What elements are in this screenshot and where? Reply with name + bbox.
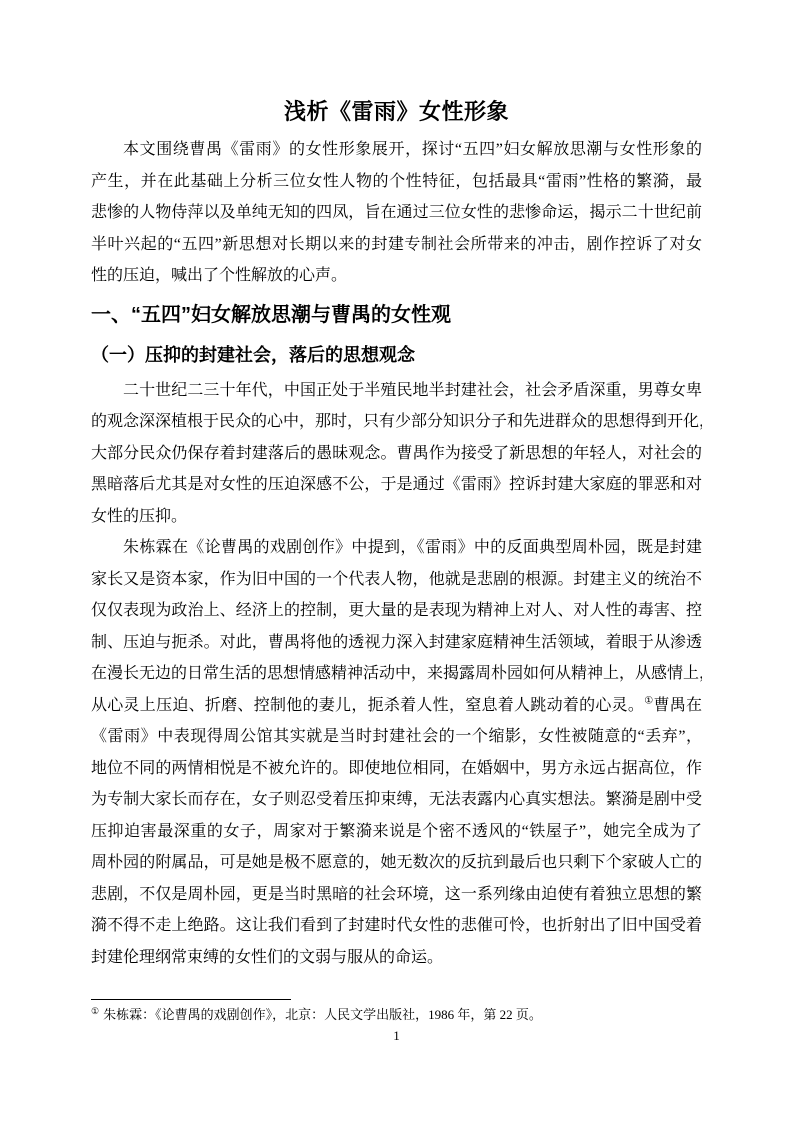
footnote-separator <box>91 999 291 1000</box>
body-line: 为专制大家长而存在，女子则忍受着压抑束缚，无法表露内心真实想法。繁漪是剧中受 <box>91 784 702 816</box>
body-line: 的观念深深植根于民众的心中，那时，只有少部分知识分子和先进群众的思想得到开化， <box>91 406 702 438</box>
footnote: ①朱栋霖：《论曹禺的戏剧创作》，北京：人民文学出版社，1986 年，第 22 页… <box>91 1006 702 1023</box>
section-heading: 一、“五四”妇女解放思潮与曹禺的女性观 <box>91 296 702 334</box>
footnote-area: ①朱栋霖：《论曹禺的戏剧创作》，北京：人民文学出版社，1986 年，第 22 页… <box>91 999 702 1044</box>
body-line: 女性的压抑。 <box>91 501 702 533</box>
body-line: 制、压迫与扼杀。对此，曹禺将他的透视力深入封建家庭精神生活领域，着眼于从渗透 <box>91 627 702 659</box>
body-line: 压抑迫害最深重的女子，周家对于繁漪来说是个密不透风的“铁屋子”，她完全成为了 <box>91 816 702 848</box>
footnote-marker: ① <box>91 1006 99 1016</box>
body-line: 封建伦理纲常束缚的女性们的文弱与服从的命运。 <box>91 942 702 974</box>
paragraph-zhu-donglin: 朱栋霖在《论曹禺的戏剧创作》中提到，《雷雨》中的反面典型周朴园，既是封建 家长又… <box>91 532 702 973</box>
body-line: 在漫长无边的日常生活的思想情感精神活动中，来揭露周朴园如何从精神上，从感情上， <box>91 658 702 690</box>
document-page: 浅析《雷雨》女性形象 本文围绕曹禺《雷雨》的女性形象展开，探讨“五四”妇女解放思… <box>0 0 793 1122</box>
body-line: 大部分民众仍保存着封建落后的愚昧观念。曹禺作为接受了新思想的年轻人，对社会的 <box>91 438 702 470</box>
body-line: 地位不同的两情相悦是不被允许的。即使地位相同，在婚姻中，男方永远占据高位，作 <box>91 753 702 785</box>
body-line: 《雷雨》中表现得周公馆其实就是当时封建社会的一个缩影，女性被随意的“丢弃”， <box>91 721 702 753</box>
abstract-line: 产生，并在此基础上分析三位女性人物的个性特征，包括最具“雷雨”性格的繁漪，最 <box>91 166 702 198</box>
body-line: 漪不得不走上绝路。这让我们看到了封建时代女性的悲催可怜，也折射出了旧中国受着 <box>91 910 702 942</box>
subsection-heading: （一）压抑的封建社会，落后的思想观念 <box>91 337 702 373</box>
footnote-text: 朱栋霖：《论曹禺的戏剧创作》，北京：人民文学出版社，1986 年，第 22 页。 <box>103 1007 542 1022</box>
document-content: 浅析《雷雨》女性形象 本文围绕曹禺《雷雨》的女性形象展开，探讨“五四”妇女解放思… <box>91 0 702 973</box>
abstract-paragraph: 本文围绕曹禺《雷雨》的女性形象展开，探讨“五四”妇女解放思潮与女性形象的 产生，… <box>91 134 702 292</box>
body-line: 悲剧，不仅是周朴园，更是当时黑暗的社会环境，这一系列缘由迫使有着独立思想的繁 <box>91 879 702 911</box>
abstract-line: 悲惨的人物侍萍以及单纯无知的四凤，旨在通过三位女性的悲惨命运，揭示二十世纪前 <box>91 197 702 229</box>
abstract-line: 性的压迫，喊出了个性解放的心声。 <box>91 260 702 292</box>
body-line: 二十世纪二三十年代，中国正处于半殖民地半封建社会，社会矛盾深重，男尊女卑 <box>91 375 702 407</box>
body-text: 从心灵上压迫、折磨、控制他的妻儿，扼杀着人性，窒息着人跳动着的心灵。 <box>91 697 644 714</box>
body-line: 家长又是资本家，作为旧中国的一个代表人物，他就是悲剧的根源。封建主义的统治不 <box>91 564 702 596</box>
body-line: 黑暗落后尤其是对女性的压迫深感不公，于是通过《雷雨》控诉封建大家庭的罪恶和对 <box>91 469 702 501</box>
paragraph-feudal-society: 二十世纪二三十年代，中国正处于半殖民地半封建社会，社会矛盾深重，男尊女卑 的观念… <box>91 375 702 533</box>
body-line: 仅仅表现为政治上、经济上的控制，更大量的是表现为精神上对人、对人性的毒害、控 <box>91 595 702 627</box>
abstract-line: 本文围绕曹禺《雷雨》的女性形象展开，探讨“五四”妇女解放思潮与女性形象的 <box>91 134 702 166</box>
body-line: 周朴园的附属品，可是她是极不愿意的，她无数次的反抗到最后也只剩下个家破人亡的 <box>91 847 702 879</box>
page-number: 1 <box>91 1027 702 1044</box>
body-line: 朱栋霖在《论曹禺的戏剧创作》中提到，《雷雨》中的反面典型周朴园，既是封建 <box>91 532 702 564</box>
body-line-with-footnote-ref: 从心灵上压迫、折磨、控制他的妻儿，扼杀着人性，窒息着人跳动着的心灵。①曹禺在 <box>91 690 702 722</box>
body-text: 曹禺在 <box>653 697 702 714</box>
abstract-line: 半叶兴起的“五四”新思想对长期以来的封建专制社会所带来的冲击，剧作控诉了对女 <box>91 229 702 261</box>
document-title: 浅析《雷雨》女性形象 <box>91 97 702 127</box>
